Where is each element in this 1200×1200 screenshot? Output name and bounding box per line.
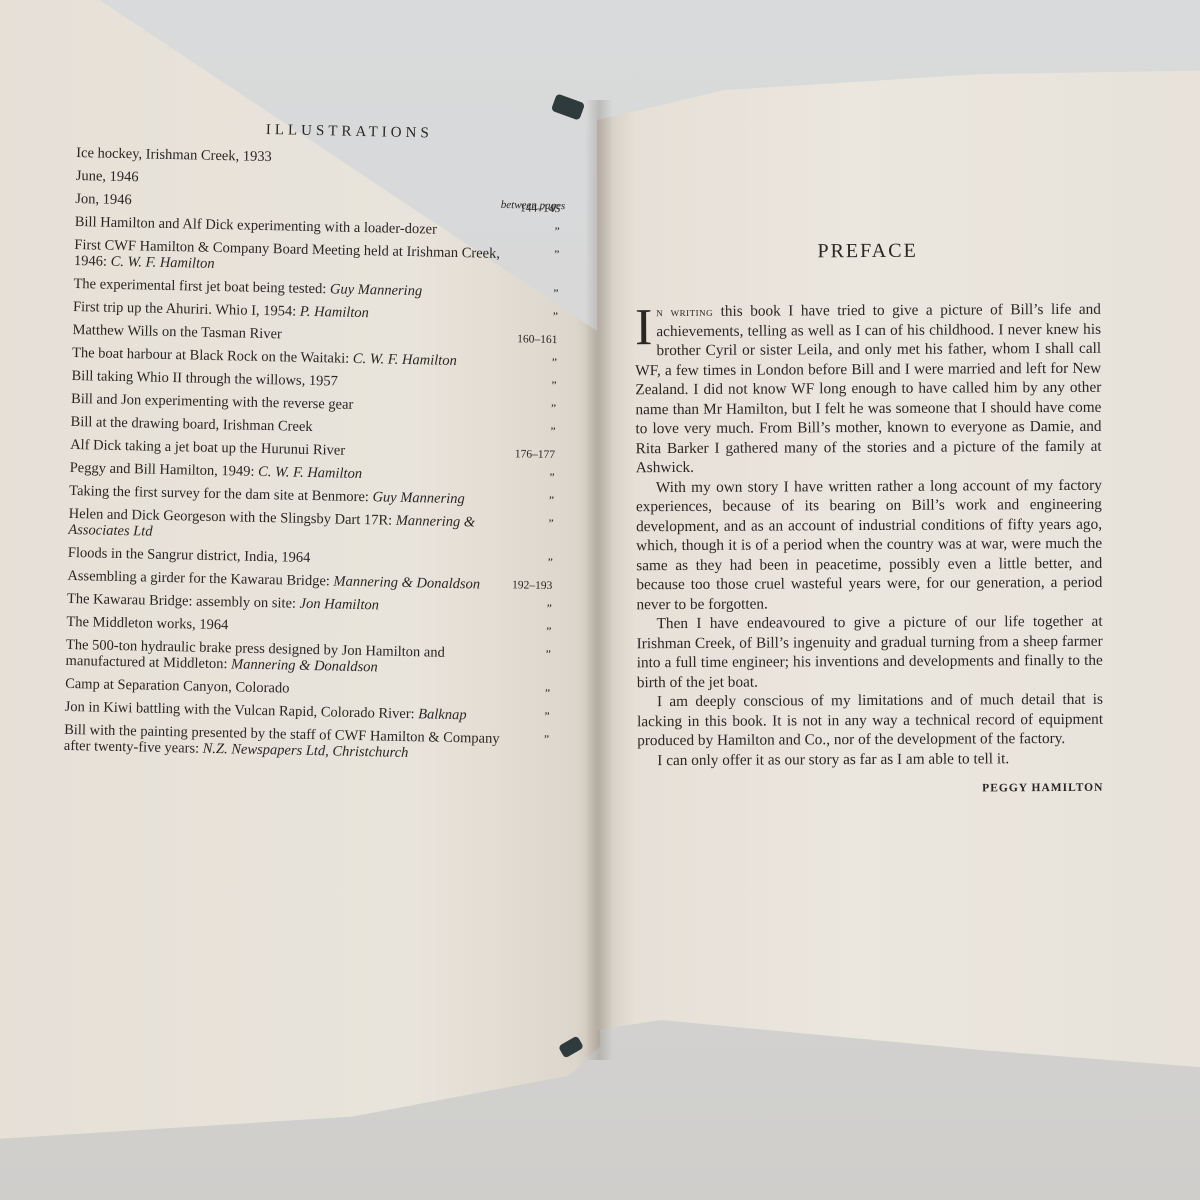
illustration-caption: Matthew Wills on the Tasman River [72,322,508,347]
page-range: 192–193 [503,577,553,592]
illustration-caption: June, 1946 [76,168,512,193]
illustration-entry: Bill Hamilton and Alf Dick experimenting… [75,214,560,240]
open-book-photo: ILLUSTRATIONS between pages Ice hockey, … [0,0,1200,1200]
page-range: 160–161 [508,331,558,346]
page-range: ” [503,554,553,569]
preface-section: PREFACE In writing this book I have trie… [635,239,1104,796]
photo-credit: Guy Mannering [330,281,423,299]
book-gutter [585,100,613,1060]
photo-credit: C. W. F. Hamilton [258,464,362,482]
illustration-caption: Assembling a girder for the Kawarau Brid… [67,568,503,593]
page-range [511,177,561,180]
illustration-caption: Camp at Separation Canyon, Colorado [65,676,501,701]
page-range: ” [506,400,556,415]
page-range: ” [499,731,549,746]
illustration-caption: Bill Hamilton and Alf Dick experimenting… [75,214,511,239]
page-range: ” [502,623,552,638]
illustration-caption: The Middleton works, 1964 [66,614,502,639]
illustration-entry: The boat harbour at Black Rock on the Wa… [72,345,557,371]
page-range: ” [504,492,554,507]
illustration-entry: Assembling a girder for the Kawarau Brid… [67,568,552,594]
illustration-caption: Helen and Dick Georgeson with the Slings… [68,506,504,547]
illustration-entry: The experimental first jet boat being te… [73,276,558,302]
page-range: ” [505,469,555,484]
illustration-caption: The experimental first jet boat being te… [73,276,509,301]
illustration-entry: The 500-ton hydraulic brake press design… [65,637,551,679]
illustration-caption: Bill with the painting presented by the … [64,722,500,763]
illustration-entry: First trip up the Ahuriri. Whio I, 1954:… [73,299,558,325]
illustration-entry: Bill taking Whio II through the willows,… [71,368,556,394]
illustration-caption: Floods in the Sangrur district, India, 1… [68,545,504,570]
illustrations-list: ILLUSTRATIONS between pages Ice hockey, … [64,118,562,771]
photo-credit: Mannering & Donaldson [333,573,480,592]
page-range: ” [509,285,559,300]
illustration-entry: Bill at the drawing board, Irishman Cree… [70,414,555,440]
page-range: ” [500,708,550,723]
page-range: ” [502,600,552,615]
page-range: ” [506,423,556,438]
illustration-caption: First trip up the Ahuriri. Whio I, 1954:… [73,299,509,324]
opening-words: n writing [656,304,713,319]
preface-paragraph: Then I have endeavoured to give a pictur… [637,612,1103,692]
page-range: ” [507,377,557,392]
page-range: 176–177 [505,446,555,461]
illustration-caption: Bill and Jon experimenting with the reve… [71,391,507,416]
illustration-caption: Bill taking Whio II through the willows,… [71,368,507,393]
photo-credit: N.Z. Newspapers Ltd, Christchurch [203,741,409,761]
illustration-entry: Helen and Dick Georgeson with the Slings… [68,506,554,548]
illustration-entry: June, 1946 [76,168,561,194]
illustration-entry: Camp at Separation Canyon, Colorado ” [65,676,550,702]
page-range: ” [500,685,550,700]
book-cover-edge-top [551,93,585,120]
illustration-entry: The Middleton works, 1964 ” [66,614,551,640]
illustration-entry: Taking the first survey for the dam site… [69,483,554,509]
preface-paragraph: I am deeply conscious of my limitations … [637,690,1103,751]
illustration-entry: Jon in Kiwi battling with the Vulcan Rap… [64,699,549,725]
illustration-entry: Matthew Wills on the Tasman River 160–16… [72,322,557,348]
photo-credit: P. Hamilton [300,304,369,321]
illustrations-heading: ILLUSTRATIONS [137,119,562,145]
illustration-caption: The 500-ton hydraulic brake press design… [65,637,501,678]
page-range: ” [501,646,551,661]
page-range: ” [504,515,554,530]
page-range: ” [507,354,557,369]
illustration-caption: Bill at the drawing board, Irishman Cree… [70,414,506,439]
illustration-caption: Ice hockey, Irishman Creek, 1933 [76,145,512,170]
illustration-entry: Floods in the Sangrur district, India, 1… [68,545,553,571]
illustration-entry: Ice hockey, Irishman Creek, 1933 [76,145,561,171]
photo-credit: C. W. F. Hamilton [353,351,457,369]
page-range: ” [508,308,558,323]
preface-paragraph: In writing this book I have tried to giv… [635,300,1102,478]
drop-cap: I [635,306,653,350]
preface-heading: PREFACE [635,239,1101,264]
illustration-entry: Bill and Jon experimenting with the reve… [71,391,556,417]
illustration-entry: Alf Dick taking a jet boat up the Hurunu… [70,437,555,463]
illustration-caption: The Kawarau Bridge: assembly on site: Jo… [67,591,503,616]
illustration-entry: First CWF Hamilton & Company Board Meeti… [74,237,560,279]
photo-credit: C. W. F. Hamilton [110,254,214,272]
illustration-caption: Jon in Kiwi battling with the Vulcan Rap… [64,699,500,724]
illustration-entry: Jon, 1946 144–145 [75,191,560,217]
photo-credit: Jon Hamilton [299,596,379,614]
between-pages-header: between pages [501,199,566,212]
page-range: ” [510,246,560,261]
illustration-caption: Peggy and Bill Hamilton, 1949: C. W. F. … [70,460,506,485]
preface-paragraph: I can only offer it as our story as far … [637,748,1103,770]
illustration-caption: Jon, 1946 [75,191,511,216]
illustration-entry: Peggy and Bill Hamilton, 1949: C. W. F. … [70,460,555,486]
illustration-caption: The boat harbour at Black Rock on the Wa… [72,345,508,370]
illustration-caption: Alf Dick taking a jet boat up the Hurunu… [70,437,506,462]
page-range [512,154,562,157]
photo-credit: Balknap [418,706,467,723]
illustration-caption: First CWF Hamilton & Company Board Meeti… [74,237,510,278]
illustration-entry: The Kawarau Bridge: assembly on site: Jo… [67,591,552,617]
photo-credit: Guy Mannering [372,489,465,507]
preface-paragraph: With my own story I have written rather … [636,475,1103,614]
illustration-entry: Bill with the painting presented by the … [64,722,550,764]
illustration-caption: Taking the first survey for the dam site… [69,483,505,508]
photo-credit: Mannering & Donaldson [231,656,378,675]
page-range: ” [510,223,560,238]
author-signature: PEGGY HAMILTON [637,782,1103,796]
